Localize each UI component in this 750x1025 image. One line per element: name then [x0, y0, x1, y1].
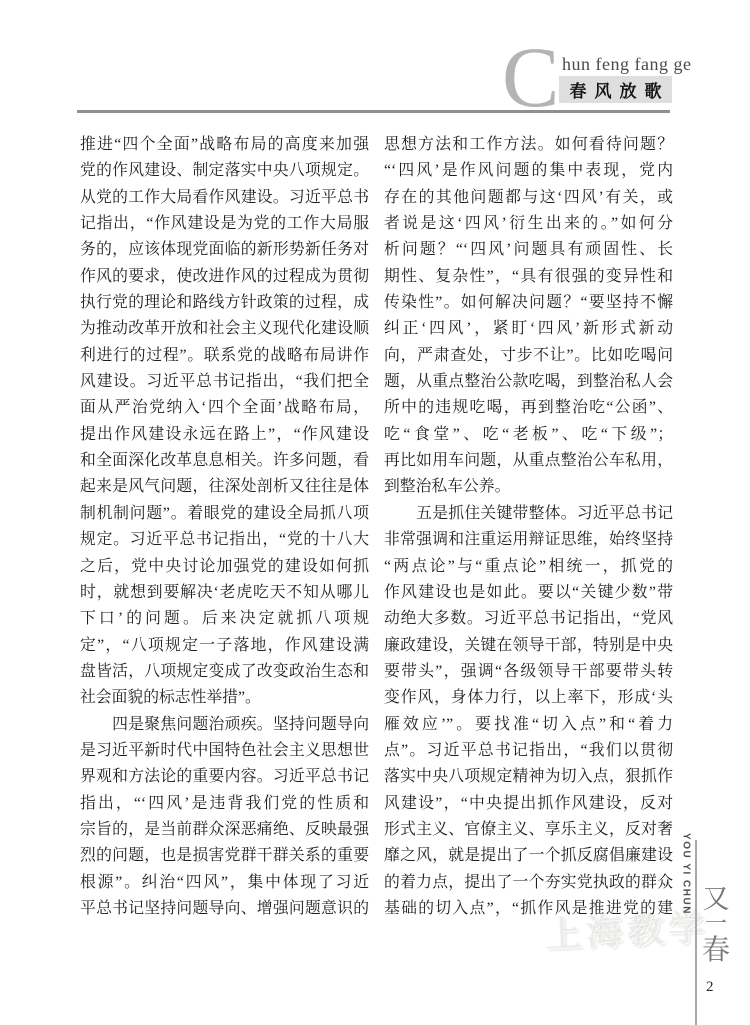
text-line: 吃“食堂”、吃“老板”、吃“下级”； — [384, 422, 673, 448]
text-line: 思想方法和工作方法。如何看待问题？ — [384, 132, 673, 158]
text-line: 制机制问题”。着眼党的建设全局抓八项 — [80, 501, 369, 527]
text-line: 变作风，身体力行，以上率下，形成‘头 — [384, 685, 673, 711]
text-line: 规定。习近平总书记指出，“党的十八大 — [80, 527, 369, 553]
text-line: 者说是这‘四风’衍生出来的。”如何分 — [384, 211, 673, 237]
text-line: 雁效应’”。要找准“切入点”和“着力 — [384, 712, 673, 738]
text-line: 平总书记坚持问题导向、增强问题意识的 — [80, 896, 369, 922]
text-line: 盘皆活，八项规定变成了改变政治生态和 — [80, 659, 369, 685]
text-line: 定”，“八项规定一子落地，作风建设满 — [80, 633, 369, 659]
text-line: 烈的问题，也是损害党群干群关系的重要 — [80, 843, 369, 869]
text-column-right: 思想方法和工作方法。如何看待问题？“‘四风’是作风问题的集中表现，党内存在的其他… — [384, 132, 673, 922]
text-line: 推进“四个全面”战略布局的高度来加强 — [80, 132, 369, 158]
text-line: 根源”。纠治“四风”，集中体现了习近 — [80, 870, 369, 896]
text-line: 党的作风建设、制定落实中央八项规定。 — [80, 158, 369, 184]
text-line: 四是聚焦问题治顽疾。坚持问题导向 — [80, 712, 369, 738]
text-line: 期性、复杂性”，“具有很强的变异性和 — [384, 264, 673, 290]
text-line: 再比如用车问题，从重点整治公车私用， — [384, 448, 673, 474]
text-line: 动绝大多数。习近平总书记指出，“党风 — [384, 606, 673, 632]
text-line: 提出作风建设永远在路上”，“作风建设 — [80, 422, 369, 448]
text-line: 执行党的理论和路线方针政策的过程，成 — [80, 290, 369, 316]
header-divider-rule — [77, 110, 670, 113]
text-line: 作风建设也是如此。要以“关键少数”带 — [384, 580, 673, 606]
text-line: 风建设”，“中央提出抓作风建设，反对 — [384, 791, 673, 817]
section-title-box: 春风放歌 — [559, 76, 672, 103]
text-line: 从党的工作大局看作风建设。习近平总书 — [80, 185, 369, 211]
text-line: 务的，应该体现党面临的新形势新任务对 — [80, 237, 369, 263]
text-line: 存在的其他问题都与这‘四风’有关，或 — [384, 185, 673, 211]
text-line: 时，就想到要解决‘老虎吃天不知从哪儿 — [80, 580, 369, 606]
text-line: “两点论”与“重点论”相统一，抓党的 — [384, 554, 673, 580]
text-line: 廉政建设，关键在领导干部，特别是中央 — [384, 633, 673, 659]
calligraphy-char: 春 — [702, 934, 730, 968]
text-line: 为推动改革开放和社会主义现代化建设顺 — [80, 316, 369, 342]
text-line: 基础的切入点”，“抓作风是推进党的建 — [384, 896, 673, 922]
magazine-page: { "header": { "initial": "C", "pinyin": … — [0, 0, 750, 1025]
text-line: 所中的违规吃喝，再到整治吃“公函”、 — [384, 395, 673, 421]
page-number: 2 — [706, 979, 714, 996]
text-line: 利进行的过程”。联系党的战略布局讲作 — [80, 343, 369, 369]
text-line: 析问题？“‘四风’问题具有顽固性、长 — [384, 237, 673, 263]
text-line: 风建设。习近平总书记指出，“我们把全 — [80, 369, 369, 395]
section-pinyin-label: hun feng fang ge — [562, 54, 691, 75]
section-drop-cap: C — [502, 34, 559, 120]
calligraphy-char: 又 — [703, 884, 730, 914]
text-line: 记指出，“作风建设是为党的工作大局服 — [80, 211, 369, 237]
text-line: 是习近平新时代中国特色社会主义思想世 — [80, 738, 369, 764]
text-line: 界观和方法论的重要内容。习近平总书记 — [80, 764, 369, 790]
sidebar-vertical-rule — [695, 840, 697, 1025]
text-line: 面从严治党纳入‘四个全面’战略布局， — [80, 395, 369, 421]
text-line: 落实中央八项规定精神为切入点，狠抓作 — [384, 764, 673, 790]
text-line: 五是抓住关键带整体。习近平总书记 — [384, 501, 673, 527]
text-line: 纠正‘四风’，紧盯‘四风’新形式新动 — [384, 316, 673, 342]
sidebar-calligraphy-title: 又 一 春 — [701, 884, 731, 968]
text-line: 非常强调和注重运用辩证思维，始终坚持 — [384, 527, 673, 553]
sidebar-pinyin-label: YOU YI CHUN — [681, 833, 692, 915]
text-line: 起来是风气问题，往深处剖析又往往是体 — [80, 474, 369, 500]
text-line: 下口’的问题。后来决定就抓八项规 — [80, 606, 369, 632]
text-line: 宗旨的，是当前群众深恶痛绝、反映最强 — [80, 817, 369, 843]
text-line: 和全面深化改革息息相关。许多问题，看 — [80, 448, 369, 474]
calligraphy-char: 一 — [705, 914, 727, 934]
text-line: 作风的要求，使改进作风的过程成为贯彻 — [80, 264, 369, 290]
section-title: 春风放歌 — [570, 77, 670, 102]
text-column-left: 推进“四个全面”战略布局的高度来加强党的作风建设、制定落实中央八项规定。从党的工… — [80, 132, 369, 922]
text-line: 之后，党中央讨论加强党的建设如何抓 — [80, 554, 369, 580]
text-line: 到整治私车公养。 — [384, 474, 673, 500]
text-line: 形式主义、官僚主义、享乐主义，反对奢 — [384, 817, 673, 843]
text-line: 的着力点，提出了一个夯实党执政的群众 — [384, 870, 673, 896]
text-line: 要带头”，强调“各级领导干部要带头转 — [384, 659, 673, 685]
text-line: 点”。习近平总书记指出，“我们以贯彻 — [384, 738, 673, 764]
text-line: 指出，“‘四风’是违背我们党的性质和 — [80, 791, 369, 817]
text-line: 社会面貌的标志性举措”。 — [80, 685, 369, 711]
text-line: “‘四风’是作风问题的集中表现，党内 — [384, 158, 673, 184]
text-line: 靡之风，就是提出了一个抓反腐倡廉建设 — [384, 843, 673, 869]
text-line: 向，严肃查处，寸步不让”。比如吃喝问 — [384, 343, 673, 369]
text-line: 传染性”。如何解决问题？“要坚持不懈 — [384, 290, 673, 316]
text-line: 题，从重点整治公款吃喝，到整治私人会 — [384, 369, 673, 395]
